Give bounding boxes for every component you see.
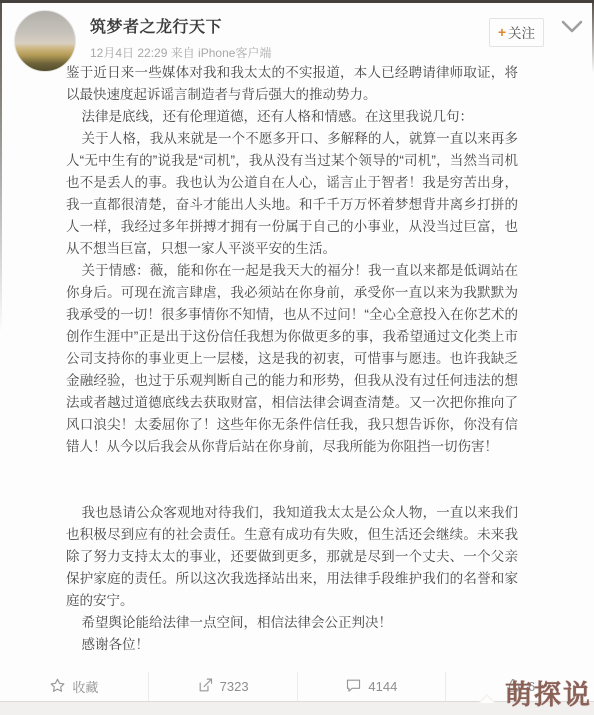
follow-button[interactable]: + 关注 — [489, 18, 544, 47]
post-header: 筑梦者之龙行天下 12月4日 22:29 来自 iPhone客户端 + 关注 — [0, 0, 594, 58]
post-paragraph: 关于人格，我从来就是一个不愿多开口、多解释的人，就算一直以来再多人“无中生有的”… — [66, 128, 518, 260]
post-paragraph: 关于情感：薇，能和你在一起是我天大的福分！我一直以来都是低调站在你身后。可现在流… — [66, 260, 518, 458]
post-paragraph: 鉴于近日来一些媒体对我和我太太的不实报道，本人已经聘请律师取证，将以最快速度起诉… — [66, 62, 518, 106]
post-paragraph: 感谢各位！ — [66, 634, 518, 656]
username[interactable]: 筑梦者之龙行天下 — [90, 14, 271, 37]
user-info: 筑梦者之龙行天下 12月4日 22:29 来自 iPhone客户端 — [90, 14, 271, 61]
post-body: 鉴于近日来一些媒体对我和我太太的不实报道，本人已经聘请律师取证，将以最快速度起诉… — [0, 58, 594, 656]
weibo-post-card: 筑梦者之龙行天下 12月4日 22:29 来自 iPhone客户端 + 关注 鉴… — [0, 0, 594, 715]
favorite-label: 收藏 — [72, 677, 98, 696]
repost-count: 7323 — [220, 679, 249, 694]
speech-bubble-icon — [345, 677, 362, 697]
star-icon — [49, 677, 66, 697]
repost-arrow-icon — [197, 677, 214, 697]
comment-count: 4144 — [368, 679, 397, 694]
comment-button[interactable]: 4144 — [297, 672, 446, 701]
screenshot-left-edge — [0, 3, 2, 333]
screenshot-top-edge — [0, 0, 594, 3]
plus-icon: + — [498, 25, 506, 39]
avatar[interactable] — [14, 10, 76, 72]
follow-button-label: 关注 — [508, 22, 535, 42]
post-paragraph: 希望舆论能给法律一点空间，相信法律会公正判决！ — [66, 612, 518, 634]
favorite-button[interactable]: 收藏 — [0, 672, 148, 701]
chevron-down-icon[interactable] — [560, 18, 584, 38]
timestamp: 12月4日 22:29 来自 iPhone客户端 — [90, 44, 271, 61]
watermark: 萌探说 — [505, 673, 592, 712]
repost-button[interactable]: 7323 — [148, 672, 297, 701]
post-paragraph: 我也恳请公众客观地对待我们，我知道我太太是公众人物，一直以来我们也积极尽到应有的… — [66, 502, 518, 612]
comment-tab-notch — [478, 694, 496, 703]
post-paragraph: 法律是底线，还有伦理道德，还有人格和情感。在这里我说几句： — [66, 106, 518, 128]
